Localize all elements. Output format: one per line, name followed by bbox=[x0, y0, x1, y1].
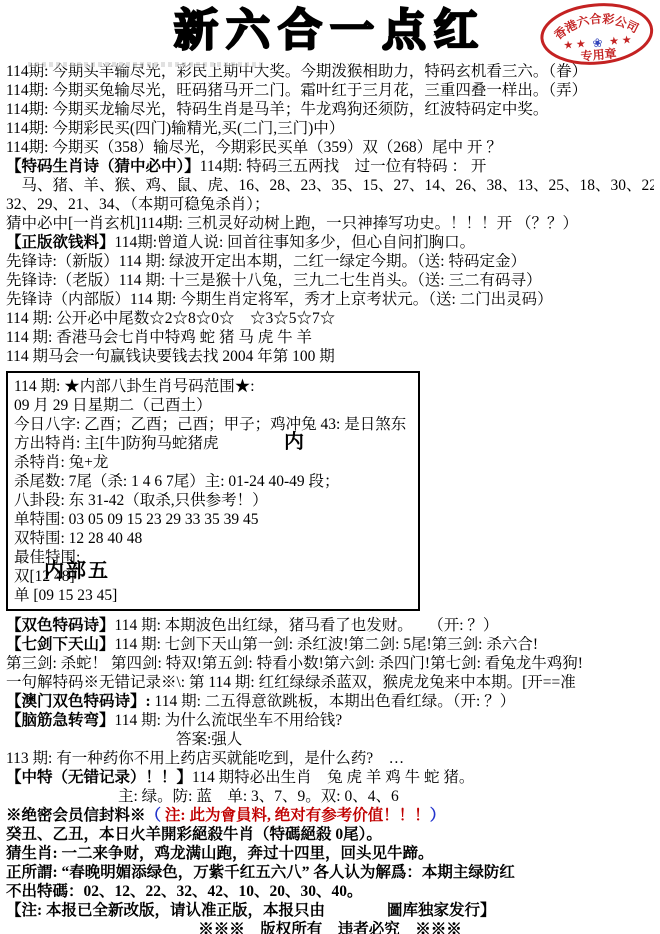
section-line-shuangse: 【双色特码诗】114 期: 本期波色出红绿，猪马看了也发财。 （开: ？） bbox=[6, 616, 654, 635]
line-text: 114期: 今期买（358）输尽光，今期彩民买单（359）双（268）尾中 开 … bbox=[6, 139, 502, 156]
publisher-note-line: 【注: 本报已全新改版，请认准正版，本报只由 圖库独家发行】 bbox=[6, 901, 654, 920]
paren-open: （ bbox=[146, 807, 165, 824]
guess-zodiac-line: 猜生肖: 一二来争财，鸡龙满山跑，奔过十四里，回头见牛蹄。 bbox=[6, 844, 654, 863]
copyright-line: ※※※ 版权所有 违者必究 ※※※ bbox=[6, 920, 654, 934]
section-line-zhongte: 【中特（无错记录）！！】114 期特必出生肖 兔 虎 羊 鸡 牛 蛇 猪。 bbox=[6, 768, 654, 787]
line-text: 114期: 今期买兔输尽光，旺码猪马开二门。霜叶红于三月花，三重四叠一样出。（弄… bbox=[6, 82, 587, 99]
pioneer-verse-line: 先锋诗:（老版）114 期: 十三是猴十八兔，三九二七生肖头。（送: 三二有码寻… bbox=[6, 271, 654, 290]
line-text: 先锋诗（内部版）114 期: 今期生肖定将军，秀才上京考状元。（送: 二门出灵码… bbox=[6, 291, 553, 308]
pioneer-verse-line: 先锋诗（内部版）114 期: 今期生肖定将军，秀才上京考状元。（送: 二门出灵码… bbox=[6, 290, 654, 309]
section-header: 【脑筋急转弯】 bbox=[6, 712, 115, 729]
section-header: 【双色特码诗】 bbox=[6, 617, 115, 634]
section-line-shengxiao-shi: 【特码生肖诗（猜中必中）】114期: 特码三五两找 过一位有特码 ： 开 bbox=[6, 157, 654, 176]
verse-line: 114期: 今期买（358）输尽光，今期彩民买单（359）双（268）尾中 开 … bbox=[6, 138, 654, 157]
stamp-bottom-text: 专用章 bbox=[580, 45, 617, 63]
section-line-naojin: 【脑筋急转弯】114 期: 为什么流氓坐车不用给钱? bbox=[6, 711, 654, 730]
verse-line: 114期: 今期买兔输尽光，旺码猪马开二门。霜叶红于三月花，三重四叠一样出。（弄… bbox=[6, 81, 654, 100]
line-text: 114 期特必出生肖 兔 虎 羊 鸡 牛 蛇 猪。 bbox=[192, 769, 474, 786]
watermark-text: 内部五 bbox=[44, 554, 110, 583]
box-line: 09 月 29 日星期二（己酉土） bbox=[14, 396, 412, 415]
member-prefix: ※绝密会员信封料※ bbox=[6, 807, 146, 824]
line-text: 先锋诗:（老版）114 期: 十三是猴十八兔，三九二七生肖头。（送: 三二有码寻… bbox=[6, 272, 541, 289]
line-text: 马、猪、羊、猴、鸡、鼠、虎、16、28、23、35、15、27、14、26、38… bbox=[6, 177, 654, 194]
sheet-body: 114期: 今期头羊输尽光，彩民上期中大奖。今期泼猴相助力，特码玄机看三六。（眷… bbox=[0, 58, 660, 934]
line-text: 猜中必中[一肖玄机]114期: 三机灵好动树上跑，一只神捧写功史。！！！开 （？… bbox=[6, 215, 578, 232]
line-text: 一句解特码※无错记录※\: 第 114 期: 红红绿绿杀蓝双，猴虎龙兔来中本期。… bbox=[6, 674, 576, 691]
section-header: 【七剑下天山】 bbox=[6, 636, 115, 653]
member-note-text: 注: 此为會員料, 绝对有参考价值！！！ bbox=[165, 807, 430, 824]
company-stamp: 香港六合彩公司 ★ ★ ❀ ★ ★ 专用章 bbox=[535, 0, 659, 76]
section-header: 【特码生肖诗（猜中必中）】 bbox=[6, 158, 200, 175]
verse-line: 114期: 今期买龙输尽光，特码生肖是马羊；牛龙鸡狗还须防，红波特码定中奖。 bbox=[6, 100, 654, 119]
pioneer-verse-line: 先锋诗:（新版）114 期: 绿波开定出本期，二红一绿定今期。（送: 特码定金） bbox=[6, 252, 654, 271]
money-tip-line: 114 期马会一句赢钱诀要钱去找 2004 年第 100 期 bbox=[6, 347, 654, 366]
stamp-graphic: 香港六合彩公司 ★ ★ ❀ ★ ★ 专用章 bbox=[535, 0, 658, 71]
tail-number-line: 114 期: 公开必中尾数☆2☆8☆0☆ ☆3☆5☆7☆ bbox=[6, 309, 654, 328]
riddle-line: 113 期: 有一种药你不用上药店买就能吃到，是什么药? … bbox=[6, 749, 654, 768]
member-note-line: ※绝密会员信封料※（ 注: 此为會員料, 绝对有参考价值！！！） bbox=[6, 806, 654, 825]
line-text: 114 期: 本期波色出红绿，猪马看了也发财。 （开: ？） bbox=[115, 617, 499, 634]
bagua-inner-box: 114 期: ★内部八卦生肖号码范围★: 09 月 29 日星期二（己酉土） 今… bbox=[6, 371, 420, 611]
answer-line: 答案:强人 bbox=[6, 730, 654, 749]
section-header: 【澳门双色特码诗】: bbox=[6, 693, 151, 710]
line-text: 114期:曾道人说: 回首往事知多少，但心自问扪胸口。 bbox=[115, 234, 476, 251]
line-text: 113 期: 有一种药你不用上药店买就能吃到，是什么药? … bbox=[6, 750, 404, 767]
box-line: 方出特肖: 主[牛]防狗马蛇猪虎 bbox=[14, 434, 412, 453]
color-pick-line: 主: 绿。防: 蓝 单: 3、7、9。双: 0、4、6 bbox=[6, 787, 654, 806]
section-header: 【中特（无错记录）！！】 bbox=[6, 769, 192, 786]
box-line: 双特围: 12 28 40 48 bbox=[14, 529, 412, 548]
zodiac-number-line: 马、猪、羊、猴、鸡、鼠、虎、16、28、23、35、15、27、14、26、38… bbox=[6, 176, 654, 195]
verse-line: 猜中必中[一肖玄机]114期: 三机灵好动树上跑，一只神捧写功史。！！！开 （？… bbox=[6, 214, 654, 233]
box-line: 杀特肖: 兔+龙 bbox=[14, 453, 412, 472]
box-line: 114 期: ★内部八卦生肖号码范围★: bbox=[14, 377, 412, 396]
box-line: 八卦段: 东 31-42（取杀,只供参考！） bbox=[14, 491, 412, 510]
saying-line: 正所謂: “春晚明媚添绿色，万紫千红五六八” 各人认为解爲：本期主绿防红 bbox=[6, 863, 654, 882]
one-sentence-line: 一句解特码※无错记录※\: 第 114 期: 红红绿绿杀蓝双，猴虎龙兔来中本期。… bbox=[6, 673, 654, 692]
sword-line: 第三剑: 杀蛇！ 第四剑: 特双!第五剑: 特看小数!第六剑: 杀四门!第七剑:… bbox=[6, 654, 654, 673]
line-text: 32、29、21、34、（本期可稳兔杀肖）； bbox=[6, 196, 270, 213]
masthead: 新六合一点红 香港六合彩公司 ★ ★ ❀ ★ ★ 专用章 bbox=[0, 0, 660, 58]
faint-print-artifact bbox=[28, 62, 263, 67]
section-line-yuqianliao: 【正版欲钱料】114期:曾道人说: 回首往事知多少，但心自问扪胸口。 bbox=[6, 233, 654, 252]
section-line-qijian: 【七剑下天山】114 期: 七剑下天山第一剑: 杀红波!第二剑: 5尾!第三剑:… bbox=[6, 635, 654, 654]
seven-zodiac-line: 114 期: 香港马会七肖中特鸡 蛇 猪 马 虎 牛 羊 bbox=[6, 328, 654, 347]
line-text: 114期: 今期买龙输尽光，特码生肖是马羊；牛龙鸡狗还须防，红波特码定中奖。 bbox=[6, 101, 548, 118]
box-line: 杀尾数: 7尾（杀: 1 4 6 7尾）主: 01-24 40-49 段； bbox=[14, 472, 412, 491]
section-line-aomen: 【澳门双色特码诗】: 114 期: 二五得意欲跳板，本期出色看红绿。（开: ？） bbox=[6, 692, 654, 711]
line-text: 答案:强人 bbox=[176, 731, 242, 748]
line-text: 主: 绿。防: 蓝 单: 3、7、9。双: 0、4、6 bbox=[118, 788, 399, 805]
line-text: 114 期: 公开必中尾数☆2☆8☆0☆ ☆3☆5☆7☆ bbox=[6, 310, 335, 327]
section-header: 【正版欲钱料】 bbox=[6, 234, 115, 251]
box-line: 单 [09 15 23 45] bbox=[14, 586, 412, 605]
line-text: 114 期: 二五得意欲跳板，本期出色看红绿。（开: ？） bbox=[151, 693, 516, 710]
kill-zodiac-line: 癸丑、乙丑，本日火羊開彩絕殺牛肖（特碼絕殺 0尾）。 bbox=[6, 825, 654, 844]
watermark-text: 内 bbox=[284, 425, 304, 454]
line-text: 114 期马会一句赢钱诀要钱去找 2004 年第 100 期 bbox=[6, 348, 335, 365]
line-text: 第三剑: 杀蛇！ 第四剑: 特双!第五剑: 特看小数!第六剑: 杀四门!第七剑:… bbox=[6, 655, 583, 672]
verse-line: 114期: 今期彩民买(四门)输精光,买(二门,三门)中） bbox=[6, 119, 654, 138]
line-text: 114期: 今期彩民买(四门)输精光,买(二门,三门)中） bbox=[6, 120, 344, 137]
line-text: 114期: 特码三五两找 过一位有特码 ： 开 bbox=[200, 158, 487, 175]
box-line: 单特围: 03 05 09 15 23 29 33 35 39 45 bbox=[14, 510, 412, 529]
paren-close: ） bbox=[430, 807, 446, 824]
zodiac-number-line: 32、29、21、34、（本期可稳兔杀肖）； bbox=[6, 195, 654, 214]
line-text: 114 期: 为什么流氓坐车不用给钱? bbox=[115, 712, 343, 729]
box-line: 今日八字: 乙酉；乙酉；己酉；甲子；鸡冲兔 43: 是日煞东 bbox=[14, 415, 412, 434]
tip-sheet-page: 新六合一点红 香港六合彩公司 ★ ★ ❀ ★ ★ 专用章 114期: 今期头羊输… bbox=[0, 0, 660, 934]
line-text: 114 期: 香港马会七肖中特鸡 蛇 猪 马 虎 牛 羊 bbox=[6, 329, 312, 346]
excluded-numbers-line: 不出特碼：02、12、22、32、42、10、20、30、40。 bbox=[6, 882, 654, 901]
line-text: 114 期: 七剑下天山第一剑: 杀红波!第二剑: 5尾!第三剑: 杀六合! bbox=[115, 636, 539, 653]
line-text: 先锋诗:（新版）114 期: 绿波开定出本期，二红一绿定今期。（送: 特码定金） bbox=[6, 253, 526, 270]
